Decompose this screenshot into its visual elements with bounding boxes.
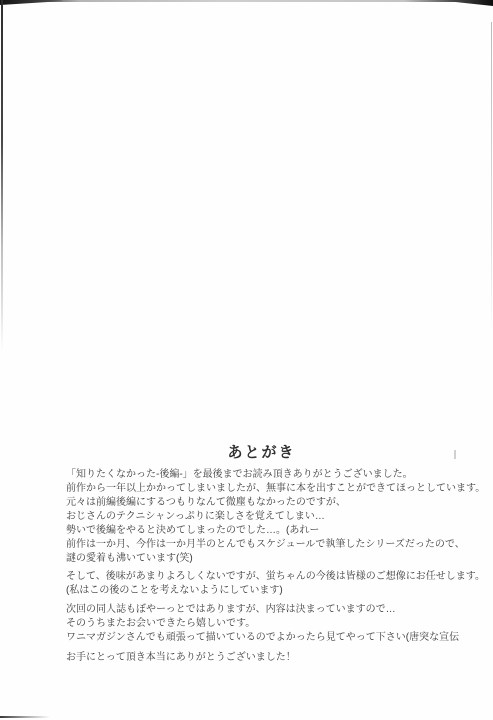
afterword-line: (私はこの後のことを考えないようにしています): [66, 584, 487, 598]
afterword-line: 前作から一年以上かかってしまいましたが、無事に本を出すことができてほっとしていま…: [66, 482, 487, 496]
afterword-paragraph-4: お手にとって頂き本当にありがとうございました！: [66, 651, 487, 665]
afterword-line: 勢いで後編をやると決めてしまったのでした…。(あれー: [66, 524, 487, 538]
afterword-line: そのうちまたお会いできたら嬉しいです。: [66, 617, 487, 631]
afterword-line: 「知りたくなかった-後編-」を最後までお読み頂きありがとうございました。: [66, 468, 487, 482]
scan-artifact-top-edge: [0, 0, 493, 2]
afterword-line: 次回の同人誌もぼやーっとではありますが、内容は決まっていますので…: [66, 603, 487, 617]
scan-artifact-top-right-wedge: [447, 0, 493, 6]
scanned-afterword-page: あとがき 「知りたくなかった-後編-」を最後までお読み頂きありがとうございました…: [0, 0, 493, 720]
scan-artifact-left-edge: [1, 0, 3, 350]
afterword-paragraph-1: 「知りたくなかった-後編-」を最後までお読み頂きありがとうございました。 前作か…: [66, 468, 487, 566]
scan-artifact-bottom-left-edge: [0, 716, 50, 718]
afterword-line: そして、後味があまりよろしくないですが、蛍ちゃんの今後は皆様のご想像にお任せしま…: [66, 570, 487, 584]
afterword-line: 謎の愛着も沸いています(笑): [66, 552, 487, 566]
afterword-line: お手にとって頂き本当にありがとうございました！: [66, 651, 487, 665]
page-title: あとがき: [15, 441, 493, 462]
afterword-line: 元々は前編後編にするつもりなんて微塵もなかったのですが、: [66, 496, 487, 510]
afterword-line: おじさんのテクニシャンっぷりに楽しさを覚えてしまい…: [66, 510, 487, 524]
afterword-line: ワニマガジンさんでも頑張って描いているのでよかったら見てやって下さい(唐突な宣伝: [66, 631, 487, 645]
afterword-paragraph-3: 次回の同人誌もぼやーっとではありますが、内容は決まっていますので… そのうちまた…: [66, 603, 487, 645]
scan-artifact-right-edge: [491, 22, 492, 334]
afterword-line: 前作は一か月、今作は一か月半のとんでもスケジュールで執筆したシリーズだったので、: [66, 538, 487, 552]
scan-artifact-top-left-wedge: [0, 0, 62, 5]
afterword-paragraph-2: そして、後味があまりよろしくないですが、蛍ちゃんの今後は皆様のご想像にお任せしま…: [66, 570, 487, 598]
